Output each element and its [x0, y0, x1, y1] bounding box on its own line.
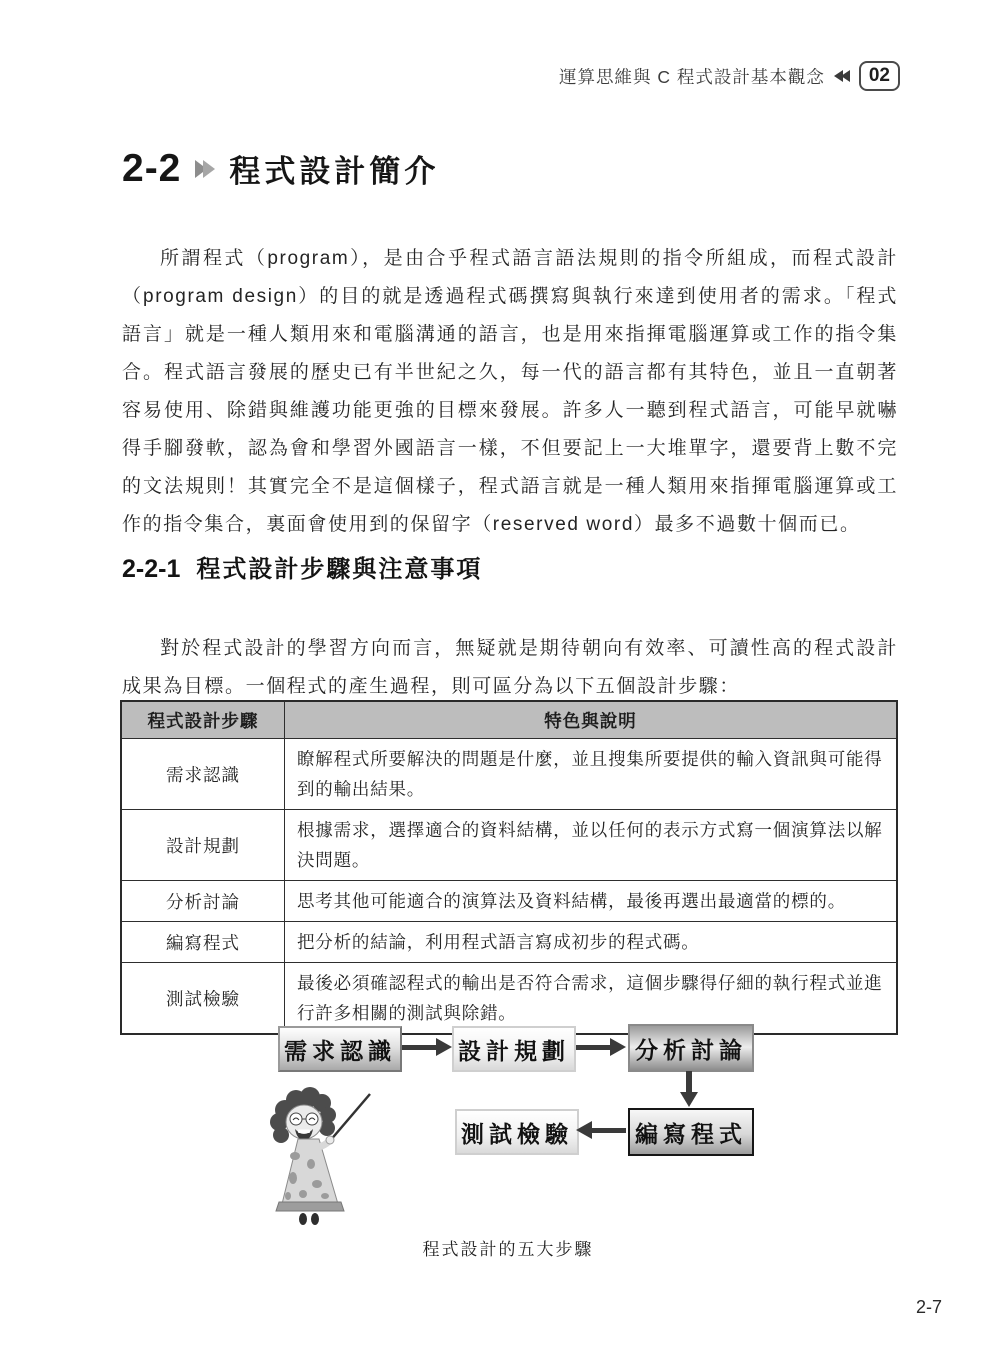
running-header: 運算思維與 C 程式設計基本觀念 02 [559, 61, 900, 91]
diagram-caption: 程式設計的五大步驟 [358, 1235, 658, 1260]
rewind-icon [834, 70, 850, 82]
left-triangle-icon [841, 70, 850, 82]
step-description: 瞭解程式所要解決的問題是什麼，並且搜集所要提供的輸入資訊與可能得到的輸出結果。 [285, 739, 898, 810]
chapter-number-badge: 02 [859, 61, 900, 91]
flow-box-testing: 測試檢驗 [455, 1109, 579, 1155]
arrow-left-line [592, 1128, 626, 1133]
step-name: 分析討論 [121, 881, 285, 922]
flow-box-coding: 編寫程式 [628, 1108, 754, 1156]
dress-hem [276, 1202, 344, 1211]
arrow-right-line [402, 1045, 436, 1050]
table-row: 編寫程式 把分析的結論，利用程式語言寫成初步的程式碼。 [121, 922, 897, 963]
table-header-step: 程式設計步驟 [121, 701, 285, 739]
arrow-right-head [436, 1038, 452, 1056]
step-description: 把分析的結論，利用程式語言寫成初步的程式碼。 [285, 922, 898, 963]
table-header-row: 程式設計步驟 特色與說明 [121, 701, 897, 739]
five-steps-flow-diagram: 需求認識 設計規劃 分析討論 編寫程式 測試檢驗 [0, 1018, 1000, 1233]
arrow-right-head [610, 1038, 626, 1056]
step-name: 設計規劃 [121, 810, 285, 881]
intro-paragraph: 所謂程式（program），是由合乎程式語言語法規則的指令所組成，而程式設計（p… [122, 240, 898, 544]
design-steps-table: 程式設計步驟 特色與說明 需求認識 瞭解程式所要解決的問題是什麼，並且搜集所要提… [120, 700, 898, 1035]
step-description: 思考其他可能適合的演算法及資料結構，最後再選出最適當的標的。 [285, 881, 898, 922]
section-number: 2-2 [122, 147, 181, 191]
table-row: 設計規劃 根據需求，選擇適合的資料結構，並以任何的表示方式寫一個演算法以解決問題… [121, 810, 897, 881]
hand [326, 1136, 334, 1144]
running-header-title: 運算思維與 C 程式設計基本觀念 [559, 64, 825, 89]
flow-box-analysis: 分析討論 [628, 1024, 754, 1072]
table-row: 分析討論 思考其他可能適合的演算法及資料結構，最後再選出最適當的標的。 [121, 881, 897, 922]
glasses-left-lens [290, 1113, 302, 1125]
book-page: 運算思維與 C 程式設計基本觀念 02 2-2 程式設計簡介 所謂程式（prog… [0, 0, 1000, 1368]
section-marker-icon [195, 160, 215, 178]
subsection-number: 2-2-1 [122, 555, 180, 584]
table-row: 需求認識 瞭解程式所要解決的問題是什麼，並且搜集所要提供的輸入資訊與可能得到的輸… [121, 739, 897, 810]
foot [311, 1213, 319, 1225]
right-triangle-icon [203, 160, 215, 178]
teacher-illustration [255, 1086, 375, 1228]
foot [299, 1213, 307, 1225]
glasses-right-lens [306, 1113, 318, 1125]
arrow-down-head [680, 1092, 698, 1107]
teeth [298, 1130, 310, 1134]
steps-paragraph: 對於程式設計的學習方向而言，無疑就是期待朝向有效率、可讀性高的程式設計成果為目標… [122, 630, 898, 706]
section-title: 2-2 程式設計簡介 [122, 146, 439, 191]
step-name: 需求認識 [121, 739, 285, 810]
flow-box-design: 設計規劃 [452, 1026, 576, 1072]
step-name: 編寫程式 [121, 922, 285, 963]
arrow-right-line [576, 1045, 610, 1050]
page-number: 2-7 [916, 1297, 942, 1318]
subsection-heading: 2-2-1 程式設計步驟與注意事項 [122, 549, 482, 584]
subsection-title-text: 程式設計步驟與注意事項 [196, 549, 482, 584]
step-description: 根據需求，選擇適合的資料結構，並以任何的表示方式寫一個演算法以解決問題。 [285, 810, 898, 881]
table-header-description: 特色與說明 [285, 701, 898, 739]
section-title-text: 程式設計簡介 [229, 146, 439, 191]
arrow-down-line [686, 1071, 692, 1092]
flow-box-requirements: 需求認識 [278, 1026, 402, 1072]
